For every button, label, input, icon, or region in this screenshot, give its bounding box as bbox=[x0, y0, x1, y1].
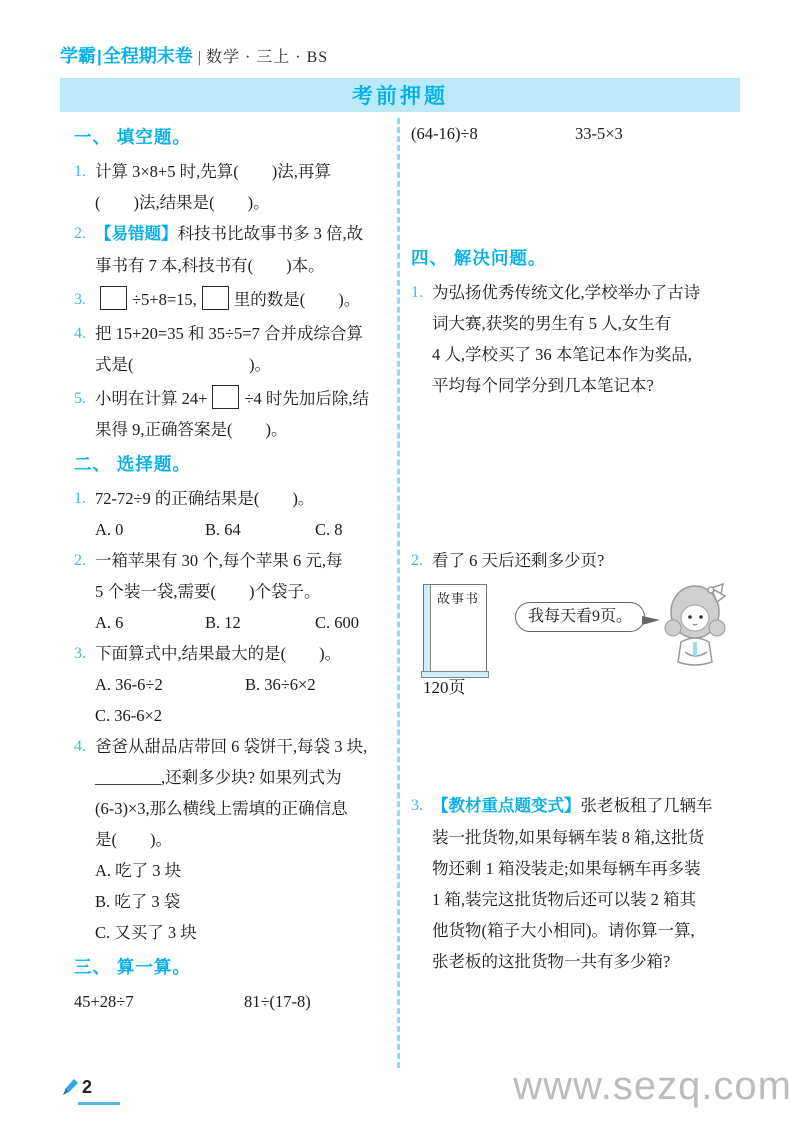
fill-q1: 1. 计算 3×8+5 时,先算( )法,再算 ( )法,结果是( )。 bbox=[74, 156, 398, 218]
fill-q4: 4. 把 15+20=35 和 35÷5=7 合并成综合算 式是( )。 bbox=[74, 318, 398, 380]
question-number: 2. bbox=[74, 218, 95, 249]
question-text: 一箱苹果有 30 个,每个苹果 6 元,每 bbox=[95, 545, 398, 576]
section-title-choice: 二、 选择题。 bbox=[74, 449, 398, 480]
options-row: A. 0 B. 64 C. 8 bbox=[95, 514, 398, 545]
speech-bubble-text: 我每天看9页。 bbox=[528, 608, 632, 625]
word-q2: 2. 看了 6 天后还剩多少页? bbox=[411, 545, 743, 576]
options-row: A. 36-6÷2 B. 36÷6×2 bbox=[95, 669, 398, 700]
choice-q4: 4. 爸爸从甜品店带回 6 袋饼干,每袋 3 块, ________,还剩多少块… bbox=[74, 731, 398, 948]
question-text: 他货物(箱子大小相同)。请你算一算, bbox=[432, 915, 743, 946]
question-text: 张老板租了几辆车 bbox=[581, 796, 713, 815]
answer-box bbox=[212, 385, 239, 409]
question-text: 装一批货物,如果每辆车装 8 箱,这批货 bbox=[432, 822, 743, 853]
option-a: A. 0 bbox=[95, 514, 205, 545]
option-b: B. 64 bbox=[205, 514, 315, 545]
question-text: ÷5+8=15,里的数是( )。 bbox=[95, 284, 398, 315]
choice-q3: 3. 下面算式中,结果最大的是( )。 A. 36-6÷2 B. 36÷6×2 … bbox=[74, 638, 398, 731]
question-text: 事书有 7 本,科技书有( )本。 bbox=[95, 250, 398, 281]
fill-q5: 5. 小明在计算 24+÷4 时先加后除,结 果得 9,正确答案是( )。 bbox=[74, 383, 398, 445]
question-text: 物还剩 1 箱没装走;如果每辆车再多装 bbox=[432, 853, 743, 884]
calc-expression: 45+28÷7 bbox=[74, 986, 244, 1017]
question-text: 计算 3×8+5 时,先算( )法,再算 bbox=[95, 156, 398, 187]
fill-q2: 2. 【易错题】科技书比故事书多 3 倍,故 事书有 7 本,科技书有( )本。 bbox=[74, 218, 398, 281]
question-text: 把 15+20=35 和 35÷5=7 合并成综合算 bbox=[95, 318, 398, 349]
answer-box bbox=[202, 286, 229, 310]
question-text: 小明在计算 24+ bbox=[95, 389, 207, 408]
header-brand-row: 学霸|全程期末卷|数学 · 三上 · BS bbox=[60, 42, 328, 68]
question-number: 4. bbox=[74, 318, 95, 349]
story-illustration: 故事书 120页 我每天看9页。 bbox=[411, 578, 743, 700]
question-text: 爸爸从甜品店带回 6 袋饼干,每袋 3 块, bbox=[95, 731, 398, 762]
calc-expression: 33-5×3 bbox=[575, 118, 623, 149]
choice-q2: 2. 一箱苹果有 30 个,每个苹果 6 元,每 5 个装一袋,需要( )个袋子… bbox=[74, 545, 398, 638]
question-number: 4. bbox=[74, 731, 95, 762]
option-c: C. 又买了 3 块 bbox=[95, 917, 398, 948]
page-number-underline bbox=[78, 1102, 120, 1105]
question-number: 3. bbox=[411, 790, 432, 821]
question-text: 是( )。 bbox=[95, 824, 398, 855]
question-text: 72-72÷9 的正确结果是( )。 bbox=[95, 483, 398, 514]
speech-bubble: 我每天看9页。 bbox=[515, 602, 645, 632]
question-number: 1. bbox=[74, 483, 95, 514]
option-c: C. 8 bbox=[315, 514, 343, 545]
question-number: 2. bbox=[411, 545, 432, 576]
book-page-count: 120页 bbox=[423, 676, 466, 700]
section-title-fill-blanks: 一、 填空题。 bbox=[74, 122, 398, 153]
calc-expression: (64-16)÷8 bbox=[411, 118, 575, 149]
question-text: 看了 6 天后还剩多少页? bbox=[432, 545, 743, 576]
question-number: 5. bbox=[74, 383, 95, 414]
options-row: A. 6 B. 12 C. 600 bbox=[95, 607, 398, 638]
option-b: B. 吃了 3 袋 bbox=[95, 886, 398, 917]
option-a: A. 36-6÷2 bbox=[95, 669, 245, 700]
option-c: C. 36-6×2 bbox=[95, 700, 398, 731]
question-text: 张老板的这批货物一共有多少箱? bbox=[432, 946, 743, 977]
calc-row: 45+28÷7 81÷(17-8) bbox=[74, 986, 398, 1017]
question-text: 小明在计算 24+÷4 时先加后除,结 bbox=[95, 383, 398, 414]
question-text: 5 个装一袋,需要( )个袋子。 bbox=[95, 576, 398, 607]
left-column: 一、 填空题。 1. 计算 3×8+5 时,先算( )法,再算 ( )法,结果是… bbox=[74, 118, 398, 1017]
question-text: 4 人,学校买了 36 本笔记本作为奖品, bbox=[432, 339, 743, 370]
question-text: 里的数是( )。 bbox=[234, 290, 361, 309]
question-text: 式是( )。 bbox=[95, 349, 398, 380]
banner-title: 考前押题 bbox=[352, 80, 448, 110]
brand-separator: | bbox=[97, 47, 102, 66]
question-number: 2. bbox=[74, 545, 95, 576]
textbook-key-tag: 【教材重点题变式】 bbox=[432, 797, 581, 815]
question-text: 【教材重点题变式】张老板租了几辆车 bbox=[432, 790, 743, 822]
section-title-word-problems: 四、 解决问题。 bbox=[411, 243, 743, 274]
option-c: C. 600 bbox=[315, 607, 359, 638]
question-text: 词大赛,获奖的男生有 5 人,女生有 bbox=[432, 308, 743, 339]
question-text: 下面算式中,结果最大的是( )。 bbox=[95, 638, 398, 669]
subject-separator: | bbox=[198, 49, 201, 66]
question-text: 1 箱,装完这批货物后还可以装 2 箱其 bbox=[432, 884, 743, 915]
question-number: 1. bbox=[74, 156, 95, 187]
option-a: A. 6 bbox=[95, 607, 205, 638]
subject-label: 数学 · 三上 · BS bbox=[206, 49, 328, 66]
page-number: 2 bbox=[82, 1077, 92, 1098]
series-name: 全程期末卷 bbox=[103, 46, 193, 66]
option-b: B. 12 bbox=[205, 607, 315, 638]
question-number: 3. bbox=[74, 638, 95, 669]
storybook-illustration: 故事书 bbox=[423, 584, 487, 672]
option-b: B. 36÷6×2 bbox=[245, 669, 316, 700]
question-text: ÷5+8=15, bbox=[132, 290, 197, 309]
right-column: (64-16)÷8 33-5×3 四、 解决问题。 1. 为弘扬优秀传统文化,学… bbox=[411, 118, 743, 977]
speech-bubble-tail bbox=[642, 616, 660, 625]
section-title-calculate: 三、 算一算。 bbox=[74, 952, 398, 983]
calc-row: (64-16)÷8 33-5×3 bbox=[411, 118, 743, 149]
choice-q1: 1. 72-72÷9 的正确结果是( )。 A. 0 B. 64 C. 8 bbox=[74, 483, 398, 545]
watermark: www.sezq.com bbox=[513, 1064, 792, 1109]
word-q3: 3. 【教材重点题变式】张老板租了几辆车 装一批货物,如果每辆车装 8 箱,这批… bbox=[411, 790, 743, 977]
question-text: (6-3)×3,那么横线上需填的正确信息 bbox=[95, 793, 398, 824]
question-text: 科技书比故事书多 3 倍,故 bbox=[178, 224, 364, 243]
error-prone-tag: 【易错题】 bbox=[95, 225, 178, 243]
question-text: 为弘扬优秀传统文化,学校举办了古诗 bbox=[432, 277, 743, 308]
answer-box bbox=[100, 286, 127, 310]
page-number-block: 2 bbox=[60, 1076, 92, 1098]
question-text: 果得 9,正确答案是( )。 bbox=[95, 414, 398, 445]
worksheet-page: 学霸|全程期末卷|数学 · 三上 · BS 考前押题 一、 填空题。 1. 计算… bbox=[0, 0, 800, 1144]
question-number: 3. bbox=[74, 284, 95, 315]
girl-illustration bbox=[661, 580, 733, 680]
brand-name: 学霸 bbox=[60, 46, 96, 66]
question-text: ________,还剩多少块? 如果列式为 bbox=[95, 762, 398, 793]
question-text: 平均每个同学分到几本笔记本? bbox=[432, 370, 743, 401]
question-text: 【易错题】科技书比故事书多 3 倍,故 bbox=[95, 218, 398, 250]
question-number: 1. bbox=[411, 277, 432, 308]
section-banner: 考前押题 bbox=[60, 78, 740, 112]
calc-expression: 81÷(17-8) bbox=[244, 986, 311, 1017]
pencil-icon bbox=[60, 1076, 80, 1098]
question-text: ( )法,结果是( )。 bbox=[95, 187, 398, 218]
book-spine bbox=[424, 585, 431, 671]
word-q1: 1. 为弘扬优秀传统文化,学校举办了古诗 词大赛,获奖的男生有 5 人,女生有 … bbox=[411, 277, 743, 401]
option-a: A. 吃了 3 块 bbox=[95, 855, 398, 886]
question-text: ÷4 时先加后除,结 bbox=[244, 389, 369, 408]
fill-q3: 3. ÷5+8=15,里的数是( )。 bbox=[74, 284, 398, 315]
book-title-label: 故事书 bbox=[432, 590, 484, 607]
